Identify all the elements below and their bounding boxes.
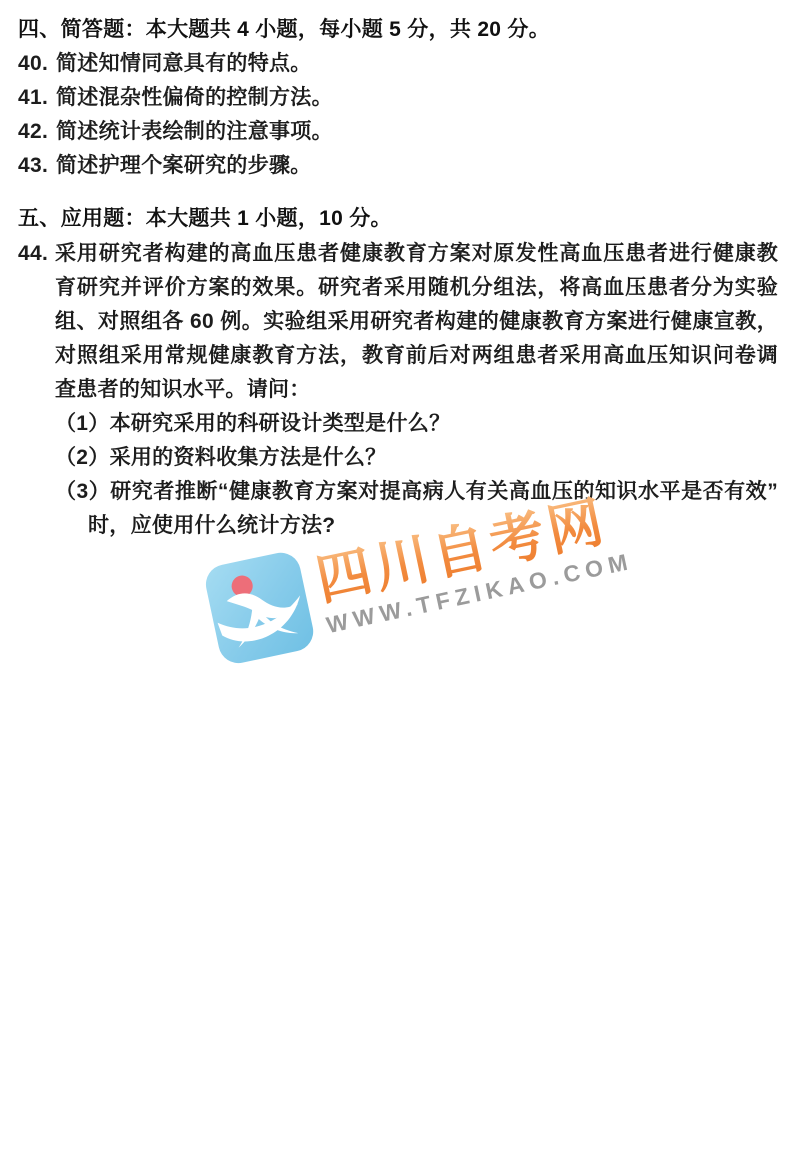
question-number: 40. — [18, 47, 56, 81]
watermark-logo-icon — [202, 549, 317, 667]
section-short-answer-heading: 四、简答题：本大题共 4 小题，每小题 5 分，共 20 分。 — [18, 13, 778, 47]
exam-paper-page: 四、简答题：本大题共 4 小题，每小题 5 分，共 20 分。 40. 简述知情… — [0, 0, 800, 1164]
section-application: 五、应用题：本大题共 1 小题，10 分。 44. 采用研究者构建的高血压患者健… — [18, 202, 778, 543]
section-short-answer: 四、简答题：本大题共 4 小题，每小题 5 分，共 20 分。 40. 简述知情… — [18, 13, 778, 183]
question-44-subquestion-1: （1）本研究采用的科研设计类型是什么？ — [55, 407, 778, 441]
question-number: 42. — [18, 115, 56, 149]
question-40: 40. 简述知情同意具有的特点。 — [18, 47, 778, 81]
question-text: 简述护理个案研究的步骤。 — [56, 149, 312, 183]
question-44-subquestion-3: （3）研究者推断“健康教育方案对提高病人有关高血压的知识水平是否有效”时，应使用… — [55, 475, 778, 543]
watermark-site-url: WWW.TFZIKAO.COM — [324, 547, 635, 637]
question-44-body: 采用研究者构建的高血压患者健康教育方案对原发性高血压患者进行健康教育研究并评价方… — [55, 237, 778, 407]
exam-content: 四、简答题：本大题共 4 小题，每小题 5 分，共 20 分。 40. 简述知情… — [0, 0, 800, 543]
question-text: 简述统计表绘制的注意事项。 — [56, 115, 333, 149]
question-44-subquestion-2: （2）采用的资料收集方法是什么？ — [55, 441, 778, 475]
question-44: 44. 采用研究者构建的高血压患者健康教育方案对原发性高血压患者进行健康教育研究… — [18, 237, 778, 543]
question-text: 简述知情同意具有的特点。 — [56, 47, 312, 81]
question-number: 41. — [18, 81, 56, 115]
question-number: 44. — [18, 237, 48, 271]
question-number: 43. — [18, 149, 56, 183]
question-text: 简述混杂性偏倚的控制方法。 — [56, 81, 333, 115]
question-41: 41. 简述混杂性偏倚的控制方法。 — [18, 81, 778, 115]
question-43: 43. 简述护理个案研究的步骤。 — [18, 149, 778, 183]
question-42: 42. 简述统计表绘制的注意事项。 — [18, 115, 778, 149]
section-application-heading: 五、应用题：本大题共 1 小题，10 分。 — [18, 202, 778, 236]
short-answer-question-list: 40. 简述知情同意具有的特点。 41. 简述混杂性偏倚的控制方法。 42. 简… — [18, 47, 778, 183]
